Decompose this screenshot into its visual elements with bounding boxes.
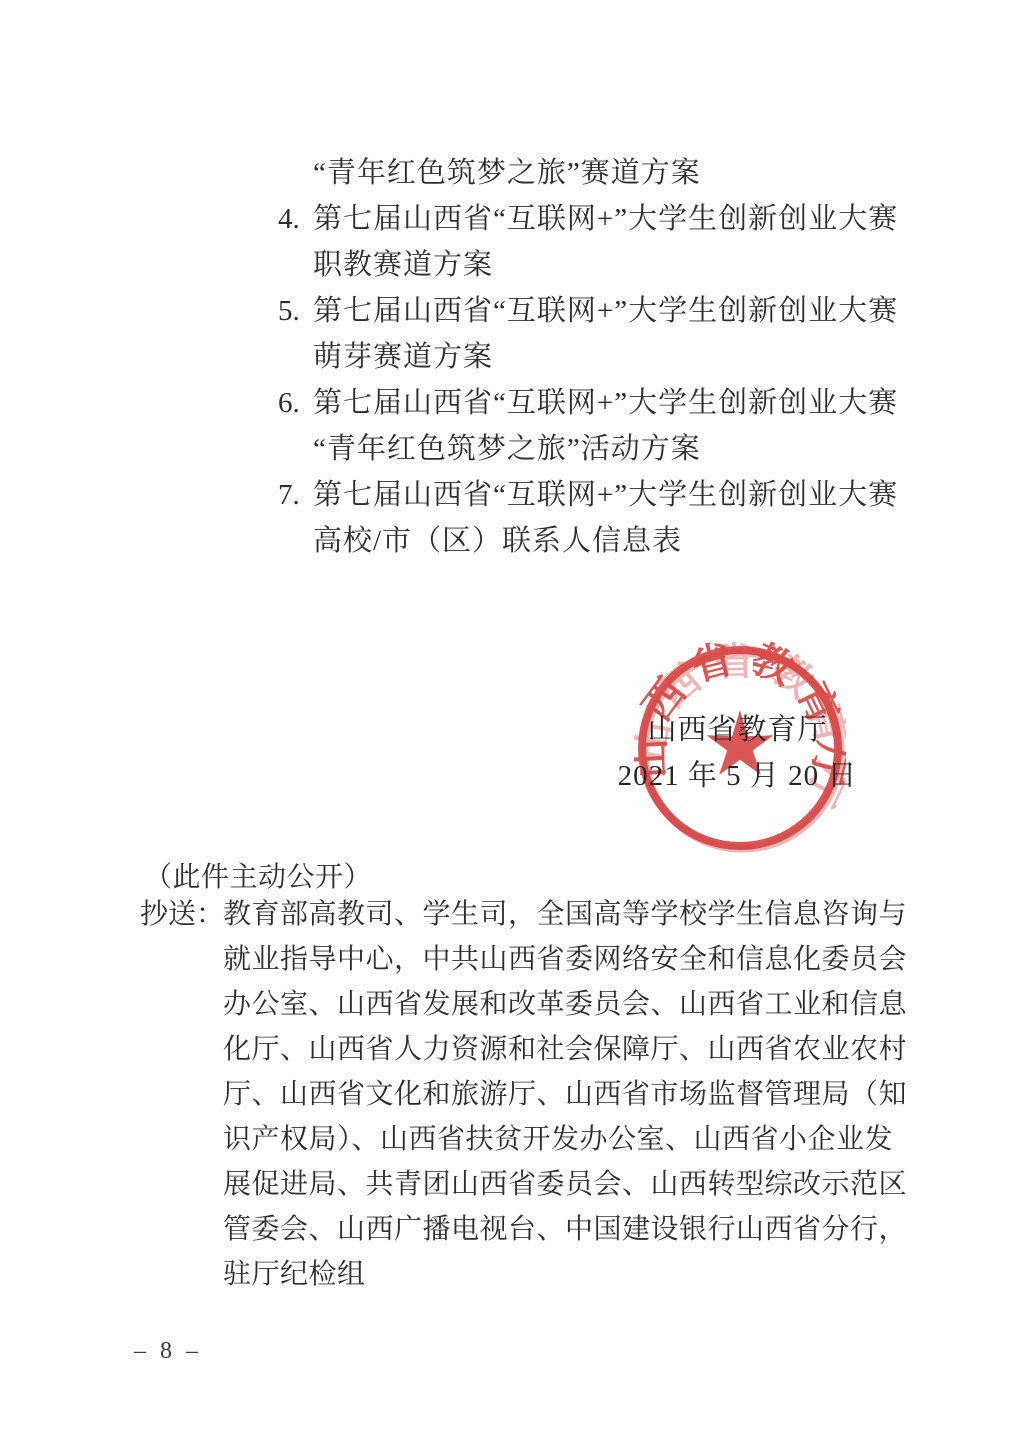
attachment-text: 第七届山西省“互联网+”大学生创新创业大赛 xyxy=(313,196,898,242)
cc-line: 展促进局、共青团山西省委员会、山西转型综改示范区 xyxy=(223,1162,923,1207)
page-number: – 8 – xyxy=(134,1338,202,1365)
attachment-number: 4. xyxy=(278,196,313,242)
attachment-text: 萌芽赛道方案 xyxy=(313,334,493,380)
attachment-text: 职教赛道方案 xyxy=(313,242,493,288)
attachment-item-7-continuation: 高校/市（区）联系人信息表 xyxy=(278,518,958,564)
attachment-number xyxy=(278,518,313,564)
attachment-item-5-continuation: 萌芽赛道方案 xyxy=(278,334,958,380)
attachment-number: 7. xyxy=(278,472,313,518)
cc-line: 管委会、山西广播电视台、中国建设银行山西省分行， xyxy=(223,1207,923,1252)
attachment-item-7: 7. 第七届山西省“互联网+”大学生创新创业大赛 xyxy=(278,472,958,518)
cc-line: 化厅、山西省人力资源和社会保障厅、山西省农业农村 xyxy=(223,1027,923,1072)
attachment-text: “青年红色筑梦之旅”活动方案 xyxy=(313,426,701,472)
attachment-number xyxy=(278,150,313,196)
attachment-text: “青年红色筑梦之旅”赛道方案 xyxy=(313,150,701,196)
attachment-text: 第七届山西省“互联网+”大学生创新创业大赛 xyxy=(313,472,898,518)
attachment-item-3-continuation: “青年红色筑梦之旅”赛道方案 xyxy=(278,150,958,196)
issue-date: 2021 年 5 月 20 日 xyxy=(565,760,910,792)
attachment-text: 第七届山西省“互联网+”大学生创新创业大赛 xyxy=(313,380,898,426)
attachment-item-5: 5. 第七届山西省“互联网+”大学生创新创业大赛 xyxy=(278,288,958,334)
attachment-item-6-continuation: “青年红色筑梦之旅”活动方案 xyxy=(278,426,958,472)
cc-line: 识产权局）、山西省扶贫开发办公室、山西省小企业发 xyxy=(223,1117,923,1162)
issuer-name: 山西省教育厅 xyxy=(585,714,890,746)
attachment-number: 5. xyxy=(278,288,313,334)
attachment-text: 高校/市（区）联系人信息表 xyxy=(313,518,682,564)
attachment-item-4-continuation: 职教赛道方案 xyxy=(278,242,958,288)
cc-line: 办公室、山西省发展和改革委员会、山西省工业和信息 xyxy=(223,982,923,1027)
cc-line: 厅、山西省文化和旅游厅、山西省市场监督管理局（知 xyxy=(223,1072,923,1117)
attachment-list: “青年红色筑梦之旅”赛道方案 4. 第七届山西省“互联网+”大学生创新创业大赛 … xyxy=(278,150,958,564)
disclosure-note: （此件主动公开） xyxy=(144,855,372,895)
attachment-text: 第七届山西省“互联网+”大学生创新创业大赛 xyxy=(313,288,898,334)
official-seal-icon: 山西省教育厅 山西省教育厅 xyxy=(634,642,846,854)
cc-line: 驻厅纪检组 xyxy=(223,1252,923,1297)
attachment-number: 6. xyxy=(278,380,313,426)
attachment-number xyxy=(278,334,313,380)
cc-line: 教育部高教司、学生司，全国高等学校学生信息咨询与 xyxy=(223,892,923,937)
attachment-item-6: 6. 第七届山西省“互联网+”大学生创新创业大赛 xyxy=(278,380,958,426)
cc-lines: 教育部高教司、学生司，全国高等学校学生信息咨询与 就业指导中心，中共山西省委网络… xyxy=(223,892,923,1297)
attachment-item-4: 4. 第七届山西省“互联网+”大学生创新创业大赛 xyxy=(278,196,958,242)
attachment-number xyxy=(278,242,313,288)
cc-line: 就业指导中心，中共山西省委网络安全和信息化委员会 xyxy=(223,937,923,982)
cc-block: 抄送： 教育部高教司、学生司，全国高等学校学生信息咨询与 就业指导中心，中共山西… xyxy=(140,892,930,1297)
attachment-number xyxy=(278,426,313,472)
cc-label: 抄送： xyxy=(140,892,224,937)
document-page: { "page": { "page_number": "– 8 –" }, "a… xyxy=(0,0,1024,1448)
